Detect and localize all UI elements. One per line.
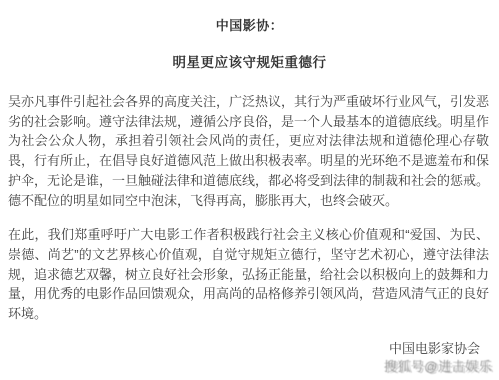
watermark-ghost-text: 搜狐号@进击娱乐 — [386, 357, 494, 376]
article-source-title: 中国影协： — [0, 0, 499, 34]
article-paragraph-1: 吴亦凡事件引起社会各界的高度关注，广泛热议，其行为严重破坏行业风气，引发恶劣的社… — [0, 92, 499, 210]
article-signature: 中国电影家协会 — [0, 338, 499, 357]
article-paragraph-2: 在此，我们郑重呼吁广大电影工作者积极践行社会主义核心价值观和“爱国、为民、崇德、… — [0, 225, 499, 324]
article-page: 中国影协： 明星更应该守规矩重德行 吴亦凡事件引起社会各界的高度关注，广泛热议，… — [0, 0, 499, 380]
watermark: 搜狐号@进击娱乐 搜狐号@进击娱乐 — [384, 356, 492, 375]
article-headline: 明星更应该守规矩重德行 — [0, 51, 499, 71]
